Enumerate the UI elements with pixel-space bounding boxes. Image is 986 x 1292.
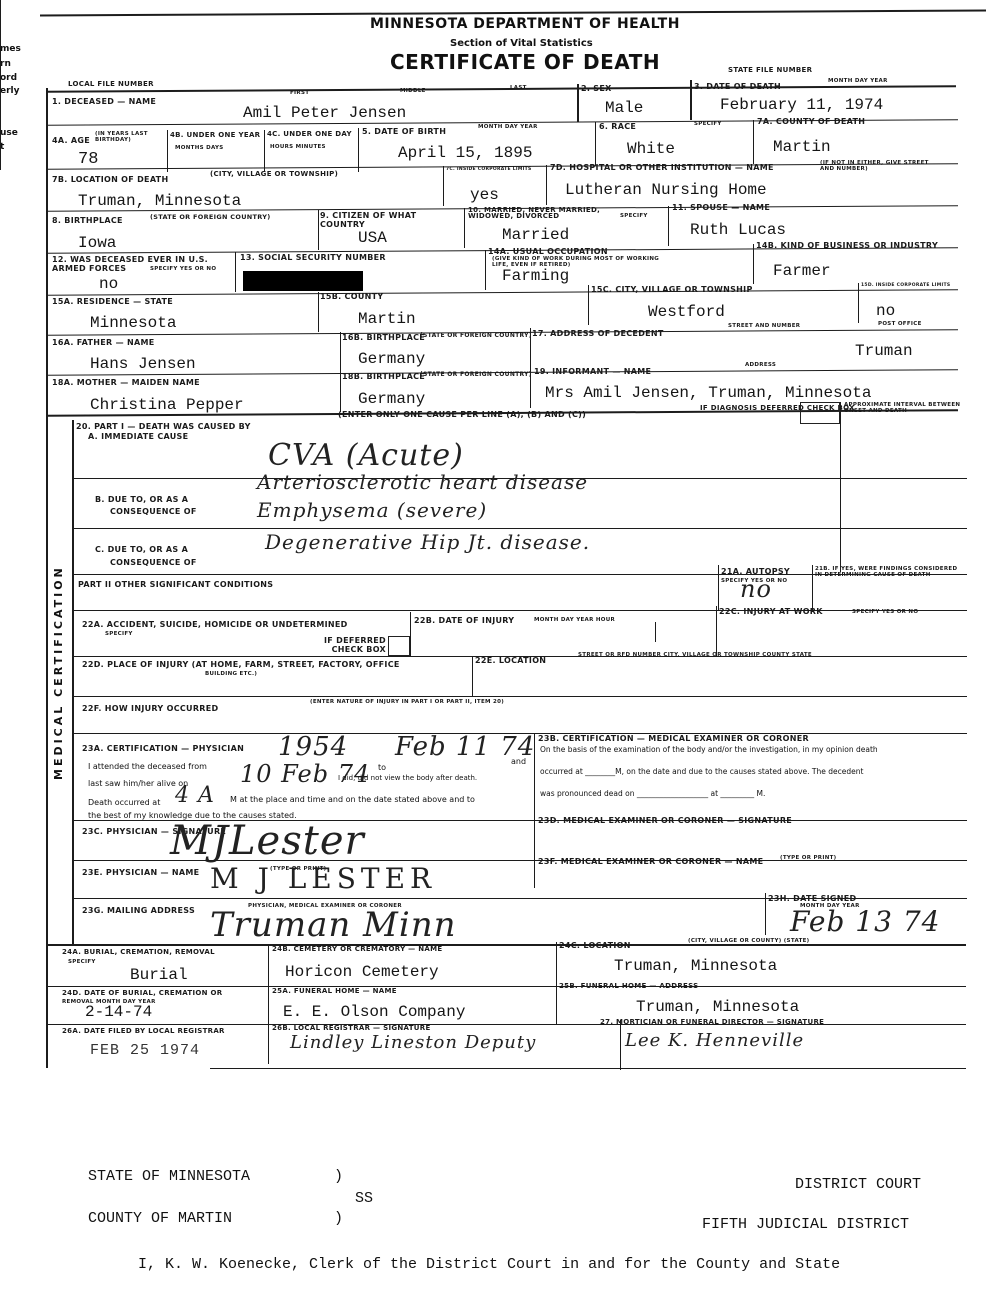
f23a-from-value: 1954 — [278, 732, 348, 762]
court-state: STATE OF MINNESOTA — [88, 1168, 250, 1185]
divider — [668, 206, 669, 246]
row-line — [46, 289, 958, 296]
f4c-label: 4c. UNDER ONE DAY — [267, 131, 352, 137]
f7c-value: yes — [470, 186, 499, 204]
f12-value: no — [99, 275, 118, 293]
divider — [318, 210, 319, 250]
margin-fragment: ord — [0, 73, 17, 83]
f26a-label: 26a. DATE FILED BY LOCAL REGISTRAR — [62, 1028, 225, 1034]
f14b-label: 14b. KIND OF BUSINESS OR INDUSTRY — [756, 241, 938, 250]
f23a-line3b: M at the place and time and on the date … — [230, 795, 475, 804]
f23a-label: 23a. CERTIFICATION — PHYSICIAN — [82, 744, 244, 753]
f16a-label: 16a. FATHER — NAME — [52, 338, 154, 347]
court-paren-1: ) — [334, 1168, 343, 1185]
divider — [765, 893, 766, 935]
f22b-label: 22b. DATE OF INJURY — [414, 616, 514, 625]
f16a-value: Hans Jensen — [90, 355, 196, 373]
f3-value: February 11, 1974 — [720, 96, 883, 114]
f18b-value: Germany — [358, 390, 425, 408]
local-file-number-label: LOCAL FILE NUMBER — [68, 80, 154, 89]
b-label-2: CONSEQUENCE OF — [110, 507, 197, 516]
f15d-value: no — [876, 302, 895, 320]
f23f-sub: (TYPE OR PRINT) — [780, 855, 836, 861]
divider — [620, 1020, 621, 1070]
divider — [718, 565, 719, 610]
divider — [410, 612, 411, 656]
f6-value: White — [627, 140, 675, 158]
f23c-signature: MJLester — [170, 818, 365, 864]
f11-value: Ruth Lucas — [690, 221, 786, 239]
f24c-value: Truman, Minnesota — [614, 957, 777, 975]
f27-label: 27. MORTICIAN OR FUNERAL DIRECTOR — SIGN… — [600, 1019, 824, 1025]
b-label: B. DUE TO, OR AS A — [95, 495, 188, 504]
f7d-value: Lutheran Nursing Home — [565, 181, 767, 199]
f25a-value: E. E. Olson Company — [283, 1003, 465, 1021]
f18a-label: 18a. MOTHER — MAIDEN NAME — [52, 378, 200, 387]
f1-value: Amil Peter Jensen — [243, 104, 406, 122]
f25b-value: Truman, Minnesota — [636, 998, 799, 1016]
f15c-label: 15c. CITY, VILLAGE OR TOWNSHIP — [591, 285, 753, 294]
f23a-line3a: Death occurred at — [88, 798, 160, 807]
f15a-value: Minnesota — [90, 314, 176, 332]
f23b-label: 23b. CERTIFICATION — MEDICAL EXAMINER OR… — [538, 734, 809, 743]
divider — [690, 80, 692, 120]
f9-value: USA — [358, 229, 387, 247]
c-label: C. DUE TO, OR AS A — [95, 545, 188, 554]
f18b-label: 18b. BIRTHPLACE — [342, 372, 425, 381]
f21a-value: no — [740, 575, 772, 603]
f24c-sub: (CITY, VILLAGE OR COUNTY) (STATE) — [688, 938, 810, 944]
cause-b-value-1: Arteriosclerotic heart disease — [257, 470, 588, 494]
divider — [464, 208, 465, 248]
f8-sub: (STATE OR FOREIGN COUNTRY) — [150, 214, 270, 220]
f7d-label: 7d. HOSPITAL OR OTHER INSTITUTION — NAME — [550, 163, 774, 172]
court-district: FIFTH JUDICIAL DISTRICT — [702, 1216, 909, 1233]
f22a-deferred-checkbox[interactable] — [388, 636, 410, 656]
margin-fragment: mes — [0, 44, 21, 54]
page-title: CERTIFICATE OF DEATH — [390, 50, 660, 74]
f2-label: 2. SEX — [581, 84, 612, 93]
divider — [858, 283, 859, 323]
divider — [472, 656, 473, 696]
f22c-sub: SPECIFY YES OR NO — [852, 609, 918, 615]
f24b-value: Horicon Cemetery — [285, 963, 439, 981]
f19-value: Mrs Amil Jensen, Truman, Minnesota — [545, 384, 871, 402]
f10-value: Married — [502, 226, 569, 244]
margin-fragment: rn — [0, 59, 11, 69]
row-line — [46, 986, 966, 987]
divider — [716, 606, 717, 656]
hour-divider — [655, 622, 656, 642]
divider — [485, 250, 486, 290]
f22a-deferred-label: IF DEFERRED CHECK BOX — [320, 636, 386, 654]
f15b-label: 15b. COUNTY — [320, 292, 383, 301]
row-line — [46, 1024, 966, 1025]
f8-value: Iowa — [78, 234, 116, 252]
f15a-label: 15a. RESIDENCE — STATE — [52, 297, 173, 306]
cause-c-value: Degenerative Hip Jt. disease. — [265, 530, 590, 554]
f4b-sub: MONTHS DAYS — [175, 145, 224, 151]
f7b-sub: (CITY, VILLAGE OR TOWNSHIP) — [210, 171, 338, 177]
f18b-sub: (STATE OR FOREIGN COUNTRY) — [420, 372, 532, 378]
f15c-value: Westford — [648, 303, 725, 321]
f22d-label: 22d. PLACE OF INJURY (AT HOME, FARM, STR… — [82, 660, 400, 669]
f22f-sub: (ENTER NATURE OF INJURY IN PART I OR PAR… — [310, 699, 504, 705]
f9-label: 9. CITIZEN OF WHAT COUNTRY — [320, 211, 430, 229]
f5-sub: MONTH DAY YEAR — [478, 124, 538, 130]
f7a-value: Martin — [773, 138, 831, 156]
f11-label: 11. SPOUSE — NAME — [672, 203, 770, 212]
divider — [840, 402, 841, 572]
f24d-value: 2-14-74 — [85, 1003, 152, 1021]
court-ss: SS — [355, 1190, 373, 1207]
cause-a-value: CVA (Acute) — [268, 438, 464, 473]
f25b-label: 25b. FUNERAL HOME — ADDRESS — [559, 983, 699, 989]
f1-sub-first: FIRST — [290, 90, 309, 96]
f6-sub: SPECIFY — [694, 121, 722, 127]
f23a-view: I did, did not view the body after death… — [338, 774, 477, 782]
divider — [358, 128, 359, 172]
frame-left — [46, 88, 48, 1068]
f5-value: April 15, 1895 — [398, 144, 532, 162]
divider — [546, 165, 547, 205]
divider — [753, 120, 754, 164]
row-line — [72, 610, 967, 611]
f23a-time-value: 4 A — [175, 783, 215, 808]
f24c-label: 24c. LOCATION — [559, 941, 631, 950]
f22a-sub: SPECIFY — [105, 631, 133, 637]
f4c-sub: HOURS MINUTES — [270, 144, 326, 150]
court-name: DISTRICT COURT — [795, 1176, 921, 1193]
f24a-label: 24a. BURIAL, CREMATION, REMOVAL — [62, 949, 215, 955]
f22f-label: 22f. HOW INJURY OCCURRED — [82, 704, 218, 713]
f7b-label: 7b. LOCATION OF DEATH — [52, 175, 168, 184]
f21b-label: 21b. IF YES, WERE FINDINGS CONSIDERED IN… — [815, 566, 965, 578]
court-paren-2: ) — [334, 1210, 343, 1227]
f18a-value: Christina Pepper — [90, 396, 244, 414]
f22a-label: 22a. ACCIDENT, SUICIDE, HOMICIDE OR UNDE… — [82, 620, 348, 629]
medical-certification-side-label: MEDICAL CERTIFICATION — [52, 565, 65, 780]
f22b-sub: MONTH DAY YEAR HOUR — [534, 617, 615, 623]
margin-fragment: erly — [0, 86, 20, 96]
f1-sub-middle: MIDDLE — [400, 88, 426, 94]
f7b-value: Truman, Minnesota — [78, 192, 241, 210]
f5-label: 5. DATE OF BIRTH — [362, 127, 446, 136]
interval-label: APPROXIMATE INTERVAL BETWEEN ONSET AND D… — [844, 402, 964, 414]
ssn-redaction — [243, 271, 363, 291]
divider — [812, 565, 813, 610]
f26b-signature: Lindley Lineston Deputy — [290, 1032, 536, 1053]
f13-label: 13. SOCIAL SECURITY NUMBER — [240, 253, 386, 262]
f7d-sub: (IF NOT IN EITHER, GIVE STREET AND NUMBE… — [820, 160, 930, 172]
f10-label: 10. MARRIED, NEVER MARRIED, WIDOWED, DIV… — [468, 207, 628, 219]
f4a-label: 4a. AGE — [52, 136, 90, 145]
state-file-number-label: STATE FILE NUMBER — [728, 66, 812, 75]
row-line — [72, 696, 967, 697]
divider — [235, 252, 236, 292]
f24d-label: 24d. DATE OF BURIAL, CREMATION OR — [62, 990, 223, 996]
f6-label: 6. RACE — [599, 122, 636, 131]
f24a-value: Burial — [130, 966, 188, 984]
department-title: MINNESOTA DEPARTMENT OF HEALTH — [370, 16, 680, 32]
f4b-label: 4b. UNDER ONE YEAR — [170, 132, 260, 138]
divider — [530, 328, 531, 408]
f22e-label: 22e. LOCATION — [475, 656, 546, 665]
bottom-line — [210, 1068, 966, 1069]
f16b-sub: (STATE OR FOREIGN COUNTRY) — [420, 333, 532, 339]
frame-top — [46, 85, 956, 93]
f12-sub: SPECIFY YES OR NO — [150, 266, 216, 272]
f23g-value: Truman Minn — [210, 905, 457, 945]
page-edge — [0, 0, 1, 170]
part2-label: PART II OTHER SIGNIFICANT CONDITIONS — [78, 580, 273, 589]
f23b-line3: was pronounced dead on _________________… — [540, 789, 765, 798]
divider — [318, 292, 319, 332]
deferred-checkbox[interactable] — [800, 402, 840, 424]
f14b-value: Farmer — [773, 262, 831, 280]
divider — [595, 122, 596, 166]
f14a-value: Farming — [502, 267, 569, 285]
f1-label: 1. DECEASED — NAME — [52, 97, 156, 106]
f15b-value: Martin — [358, 310, 416, 328]
a-label: A. IMMEDIATE CAUSE — [88, 432, 188, 441]
f27-signature: Lee K. Henneville — [625, 1030, 804, 1051]
f23g-label: 23g. MAILING ADDRESS — [82, 906, 195, 915]
f23a-line2: last saw him/her alive on — [88, 779, 188, 788]
f2-value: Male — [605, 99, 643, 117]
f22e-sub: STREET OR RFD NUMBER CITY, VILLAGE OR TO… — [578, 652, 812, 658]
row-line — [72, 528, 967, 529]
f14a-label: 14a. USUAL OCCUPATION — [488, 247, 608, 256]
f23a-line1: I attended the deceased from — [88, 762, 207, 771]
f25a-label: 25a. FUNERAL HOME — NAME — [272, 988, 397, 994]
divider — [588, 285, 589, 325]
section-title: Section of Vital Statistics — [450, 38, 593, 49]
f24a-sub: SPECIFY — [68, 959, 96, 965]
medical-inner-border — [72, 420, 74, 945]
f23e-value: M J LESTER — [210, 862, 436, 895]
divider — [753, 244, 754, 284]
divider — [268, 944, 269, 1064]
f23a-and: and — [511, 757, 526, 766]
f4a-value: 78 — [78, 150, 98, 169]
f23b-line1: On the basis of the examination of the b… — [540, 745, 878, 754]
f17-sub-street: STREET AND NUMBER — [728, 323, 800, 329]
f22c-label: 22c. INJURY AT WORK — [719, 607, 823, 616]
c-label-2: CONSEQUENCE OF — [110, 558, 197, 567]
f17-label: 17. ADDRESS OF DECEDENT — [532, 329, 664, 338]
f7a-label: 7a. COUNTY OF DEATH — [757, 117, 865, 126]
f17-sub-po: POST OFFICE — [878, 321, 922, 327]
divider — [264, 130, 265, 172]
part1-instructions: (ENTER ONLY ONE CAUSE PER LINE (A), (B) … — [338, 410, 586, 419]
f17-value: Truman — [855, 342, 913, 360]
row-line — [46, 944, 966, 946]
court-statement: I, K. W. Koenecke, Clerk of the District… — [138, 1256, 840, 1273]
f23h-label: 23h. DATE SIGNED — [768, 894, 856, 903]
f23h-value: Feb 13 74 — [790, 905, 940, 938]
cause-b-value-2: Emphysema (severe) — [257, 498, 487, 522]
divider — [443, 166, 444, 206]
divider — [556, 942, 557, 1024]
f4a-sub: (IN YEARS LAST BIRTHDAY) — [95, 131, 165, 143]
f10-sub: SPECIFY — [620, 213, 648, 219]
court-county: COUNTY OF MARTIN — [88, 1210, 232, 1227]
f26b-label: 26b. LOCAL REGISTRAR — SIGNATURE — [272, 1025, 431, 1031]
f7c-label: 7c. INSIDE CORPORATE LIMITS — [446, 167, 532, 173]
f1-sub-last: LAST — [510, 85, 527, 91]
f3-sub: MONTH DAY YEAR — [828, 78, 888, 84]
f24b-label: 24b. CEMETERY OR CREMATORY — NAME — [272, 946, 442, 952]
f19-label: 19. INFORMANT — NAME — [534, 367, 651, 376]
f23f-label: 23f. MEDICAL EXAMINER OR CORONER — NAME — [538, 857, 763, 866]
f26a-value: FEB 25 1974 — [90, 1042, 200, 1059]
f19-sub: ADDRESS — [745, 362, 776, 368]
f3-label: 3. DATE OF DEATH — [694, 82, 781, 91]
part1-label: 20. PART I — DEATH WAS CAUSED BY — [76, 422, 251, 431]
f15d-label: 15d. INSIDE CORPORATE LIMITS — [861, 283, 950, 289]
divider — [167, 130, 168, 172]
divider — [577, 84, 579, 122]
f23b-line2: occurred at ________M, on the date and d… — [540, 767, 863, 776]
f23e-label: 23e. PHYSICIAN — NAME — [82, 868, 199, 877]
f23d-label: 23d. MEDICAL EXAMINER OR CORONER — SIGNA… — [538, 816, 792, 825]
f16b-label: 16b. BIRTHPLACE — [342, 333, 425, 342]
f23a-to-word: to — [378, 763, 386, 772]
f8-label: 8. BIRTHPLACE — [52, 216, 123, 225]
f22d-sub: BUILDING ETC.) — [205, 671, 257, 677]
f16b-value: Germany — [358, 350, 425, 368]
margin-fragment: use — [0, 128, 18, 138]
